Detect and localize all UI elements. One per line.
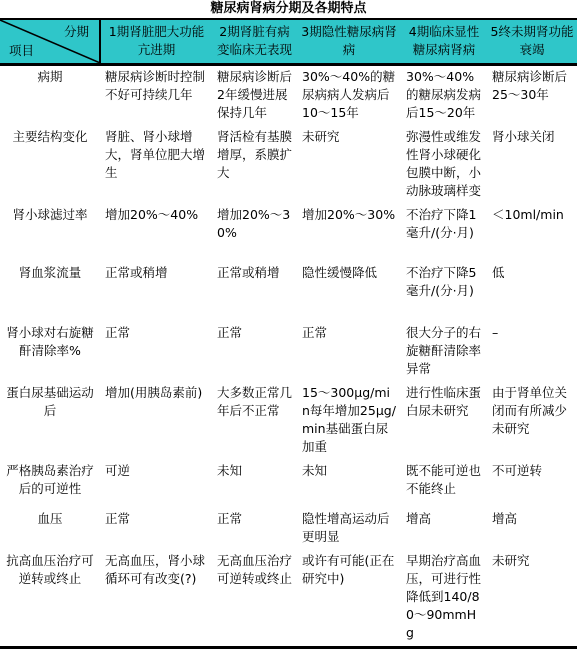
table-row: 病期 糖尿病诊断时控制不好可持续几年 糖尿病诊断后2年缓慢进展保持几年 30%～… [0,64,577,126]
table-cell: 增加20%～30% [297,204,401,262]
table-cell: 糖尿病诊断后2年缓慢进展保持几年 [212,64,297,126]
table-cell: 肾小球关闭 [487,126,577,204]
table-cell: 不治疗下降1毫升/(分·月) [401,204,487,262]
table-cell: 肾活检有基膜增厚，系膜扩大 [212,126,297,204]
table-cell: 增加20%～40% [100,204,212,262]
table-cell: 由于肾单位关闭而有所减少未研究 [487,382,577,460]
table-cell: 未知 [212,460,297,508]
table-row: 主要结构变化 肾脏、肾小球增大，肾单位肥大增生 肾活检有基膜增厚，系膜扩大 未研… [0,126,577,204]
column-header-stage4: 4期临床显性糖尿病肾病 [401,19,487,64]
row-label: 肾血浆流量 [0,262,100,322]
table-cell: 不治疗下降5毫升/(分·月) [401,262,487,322]
row-label: 病期 [0,64,100,126]
table-cell: 很大分子的右旋糖酐清除率异常 [401,322,487,382]
table-row: 抗高血压治疗可逆转或终止 无高血压，肾小球循环可有改变(?) 无高血压治疗可逆转… [0,550,577,648]
row-label: 肾小球滤过率 [0,204,100,262]
table-cell: 不可逆转 [487,460,577,508]
staging-table: 分期 项目 1期肾脏肥大功能亢进期 2期肾脏有病变临床无表现 3期隐性糖尿病肾病… [0,18,577,649]
table-cell: 增加(用胰岛素前) [100,382,212,460]
table-cell: 未知 [297,460,401,508]
table-cell: ＜10ml/min [487,204,577,262]
row-label: 抗高血压治疗可逆转或终止 [0,550,100,648]
table-cell: 肾脏、肾小球增大，肾单位肥大增生 [100,126,212,204]
table-cell: 隐性缓慢降低 [297,262,401,322]
row-label: 肾小球对右旋糖酐清除率% [0,322,100,382]
table-cell: 糖尿病诊断后25～30年 [487,64,577,126]
table-cell: 15～300μg/min每年增加25μg/min基础蛋白尿加重 [297,382,401,460]
table-cell: 正常 [100,508,212,550]
table-row: 严格胰岛素治疗后的可逆性 可逆 未知 未知 既不能可逆也不能终止 不可逆转 [0,460,577,508]
table-row: 蛋白尿基础运动后 增加(用胰岛素前) 大多数正常几年后不正常 15～300μg/… [0,382,577,460]
table-cell: 未研究 [487,550,577,648]
table-cell: 正常 [297,322,401,382]
table-cell: 糖尿病诊断时控制不好可持续几年 [100,64,212,126]
table-cell: 正常 [100,322,212,382]
corner-item-label: 项目 [9,42,34,60]
column-header-stage3: 3期隐性糖尿病肾病 [297,19,401,64]
page-title: 糖尿病肾病分期及各期特点 [0,0,577,18]
table-cell: 正常 [212,508,297,550]
table-row: 血压 正常 正常 隐性增高运动后更明显 增高 增高 [0,508,577,550]
corner-stage-label: 分期 [64,23,89,41]
table-cell: 隐性增高运动后更明显 [297,508,401,550]
table-cell: 大多数正常几年后不正常 [212,382,297,460]
corner-cell: 分期 项目 [0,19,100,64]
table-cell: 或许有可能(正在研究中) [297,550,401,648]
table-cell: 正常或稍增 [100,262,212,322]
row-label: 蛋白尿基础运动后 [0,382,100,460]
table-row: 肾小球滤过率 增加20%～40% 增加20%～30% 增加20%～30% 不治疗… [0,204,577,262]
table-cell: 早期治疗高血压，可进行性降低到140/80～90mmHg [401,550,487,648]
table-cell: 正常 [212,322,297,382]
column-header-stage1: 1期肾脏肥大功能亢进期 [100,19,212,64]
column-header-stage2: 2期肾脏有病变临床无表现 [212,19,297,64]
table-cell: 正常或稍增 [212,262,297,322]
table-cell: 既不能可逆也不能终止 [401,460,487,508]
table-cell: 可逆 [100,460,212,508]
table-cell: 低 [487,262,577,322]
table-row: 肾小球对右旋糖酐清除率% 正常 正常 正常 很大分子的右旋糖酐清除率异常 – [0,322,577,382]
row-label: 主要结构变化 [0,126,100,204]
table-cell: 无高血压，肾小球循环可有改变(?) [100,550,212,648]
table-cell: 30%～40%的糖尿病病人发病后10～15年 [297,64,401,126]
column-header-stage5: 5终未期肾功能衰竭 [487,19,577,64]
table-cell: 未研究 [297,126,401,204]
header-row: 分期 项目 1期肾脏肥大功能亢进期 2期肾脏有病变临床无表现 3期隐性糖尿病肾病… [0,19,577,64]
table-row: 肾血浆流量 正常或稍增 正常或稍增 隐性缓慢降低 不治疗下降5毫升/(分·月) … [0,262,577,322]
table-cell: 增高 [487,508,577,550]
table-cell: – [487,322,577,382]
table-cell: 进行性临床蛋白尿未研究 [401,382,487,460]
table-cell: 增高 [401,508,487,550]
table-cell: 弥漫性或维发性肾小球硬化包膜中断，小动脉玻璃样变 [401,126,487,204]
table-cell: 30%～40%的糖尿病发病后15～20年 [401,64,487,126]
table-cell: 无高血压治疗可逆转或终止 [212,550,297,648]
row-label: 严格胰岛素治疗后的可逆性 [0,460,100,508]
table-cell: 增加20%～30% [212,204,297,262]
row-label: 血压 [0,508,100,550]
